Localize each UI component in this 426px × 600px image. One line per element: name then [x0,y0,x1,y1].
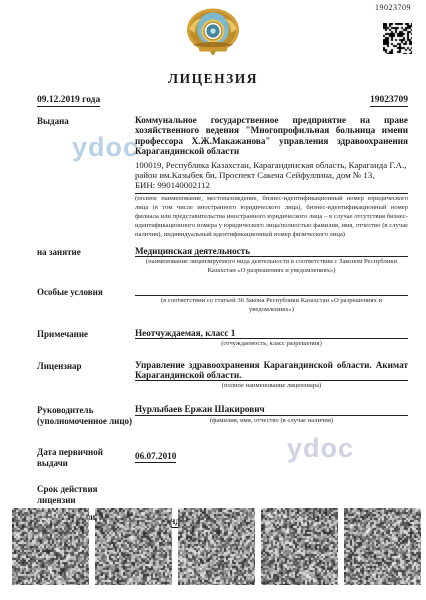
barcode-4 [261,508,338,585]
licensor-value: Управление здравоохранения Карагандинско… [135,360,408,382]
remark-note: (отчуждаемость, класс разрешения) [135,340,408,349]
rule-line [135,193,408,194]
kazakhstan-emblem-icon [185,7,241,56]
qr-code [382,22,413,55]
bin-number: БИН: 990140002112 [135,180,210,190]
field-head: Руководитель (уполномоченное лицо) Нурлы… [37,404,408,426]
field-first-issue-date: Дата первичной выдачи 06.07.2010 [37,446,408,468]
barcode-3 [178,508,255,585]
license-document-page: 19023709 ЛИЦЕНЗИЯ 09.12.2019 года 190237… [0,0,426,600]
page-title: ЛИЦЕНЗИЯ [0,71,426,87]
barcode-2 [95,508,172,585]
field-special-conditions: Особые условия (в соответствии со статье… [37,286,408,315]
barcode-strip [12,508,421,585]
head-note: (фамилия, имя, отчество (в случае наличи… [135,417,408,426]
head-value: Нурлыбаев Ержан Шакирович [135,404,408,415]
issued-to-note: (полное наименование, местонахождение, б… [135,195,408,240]
remark-value: Неотчуждаемая, класс 1 [135,328,408,339]
head-label: Руководитель (уполномоченное лицо) [37,404,135,426]
first-issue-date-label: Дата первичной выдачи [37,446,135,468]
activity-value: Медицинская деятельность [135,246,408,257]
special-conditions-label: Особые условия [37,286,135,298]
licensor-note: (полное наименование лицензиара) [135,382,408,391]
license-number: 19023709 [370,95,408,107]
document-number-top: 19023709 [375,3,411,12]
licensee-name: Коммунальное государственное предприятие… [135,115,408,156]
field-licensor: Лицензиар Управление здравоохранения Кар… [37,360,408,392]
date-number-row: 09.12.2019 года 19023709 [37,95,408,107]
field-validity: Срок действия лицензии [37,483,408,505]
barcode-1 [12,508,89,585]
first-issue-date-value: 06.07.2010 [135,451,176,463]
activity-label: на занятие [37,246,135,258]
special-conditions-value [135,286,408,296]
licensee-address: 100019, Республика Казахстан, Карагандин… [135,160,408,190]
remark-label: Примечание [37,328,135,340]
field-remark: Примечание Неотчуждаемая, класс 1 (отчуж… [37,328,408,349]
validity-label: Срок действия лицензии [37,483,135,505]
address-text: 100019, Республика Казахстан, Карагандин… [135,160,406,180]
barcode-5 [344,508,421,585]
fields-container: Выдана Коммунальное государственное пред… [37,115,408,529]
issue-date: 09.12.2019 года [37,95,100,107]
activity-note: (наименование лицензируемого вида деятел… [135,258,408,276]
issued-to-label: Выдана [37,115,135,127]
special-conditions-note: (в соответствии со статьей 36 Закона Рес… [147,297,397,315]
field-activity: на занятие Медицинская деятельность (наи… [37,246,408,276]
field-issued-to: Выдана Коммунальное государственное пред… [37,115,408,240]
licensor-label: Лицензиар [37,360,135,372]
